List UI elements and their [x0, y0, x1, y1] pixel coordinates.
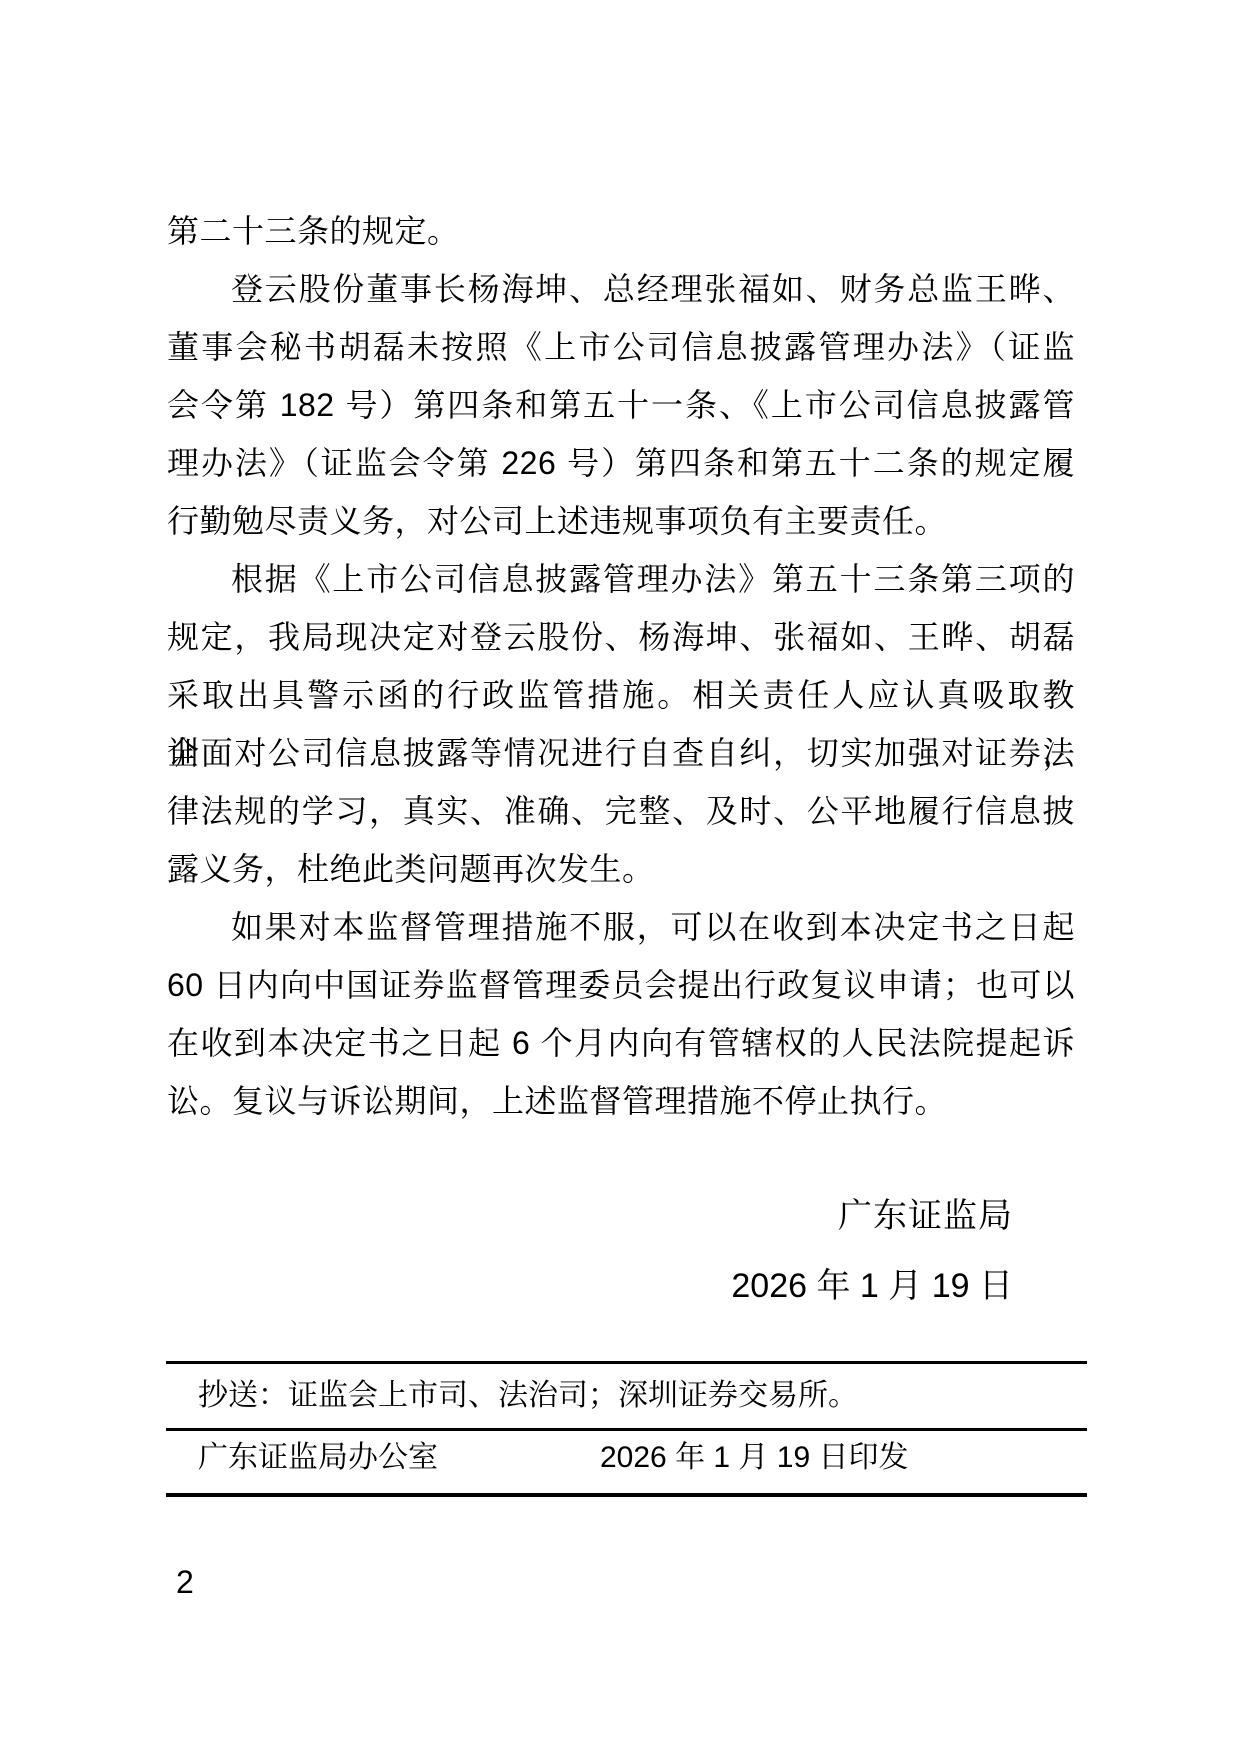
document-body: 第二十三条的规定。 登云股份董事长杨海坤、总经理张福如、财务总监王晔、 董事会秘…	[167, 202, 1075, 1130]
signature-date: 2026 年 1 月 19 日	[731, 1266, 1013, 1307]
body-line: 登云股份董事长杨海坤、总经理张福如、财务总监王晔、	[167, 260, 1075, 318]
body-line: 会令第 182 号）第四条和第五十一条、《上市公司信息披露管	[167, 376, 1075, 434]
body-line: 讼。复议与诉讼期间，上述监督管理措施不停止执行。	[167, 1072, 1075, 1130]
body-line: 全面对公司信息披露等情况进行自查自纠，切实加强对证券法	[167, 724, 1075, 782]
footer-separator-top	[166, 1361, 1087, 1364]
page-number: 2	[176, 1563, 194, 1601]
body-line: 采取出具警示函的行政监管措施。相关责任人应认真吸取教训，	[167, 666, 1075, 724]
body-line: 如果对本监督管理措施不服，可以在收到本决定书之日起	[167, 898, 1075, 956]
body-line: 规定，我局现决定对登云股份、杨海坤、张福如、王晔、胡磊	[167, 608, 1075, 666]
issuing-office: 广东证监局办公室	[198, 1440, 438, 1476]
body-line: 在收到本决定书之日起 6 个月内向有管辖权的人民法院提起诉	[167, 1014, 1075, 1072]
body-line: 理办法》（证监会令第 226 号）第四条和第五十二条的规定履	[167, 434, 1075, 492]
body-line: 行勤勉尽责义务，对公司上述违规事项负有主要责任。	[167, 492, 1075, 550]
body-line: 董事会秘书胡磊未按照《上市公司信息披露管理办法》（证监	[167, 318, 1075, 376]
footer-separator-bottom	[166, 1493, 1087, 1497]
cc-line: 抄送：证监会上市司、法治司；深圳证券交易所。	[198, 1378, 858, 1414]
body-line: 根据《上市公司信息披露管理办法》第五十三条第三项的	[167, 550, 1075, 608]
issue-date: 2026 年 1 月 19 日印发	[600, 1440, 908, 1476]
body-line: 律法规的学习，真实、准确、完整、及时、公平地履行信息披	[167, 782, 1075, 840]
signature-agency: 广东证监局	[838, 1196, 1013, 1237]
body-line: 60 日内向中国证券监督管理委员会提出行政复议申请；也可以	[167, 956, 1075, 1014]
footer-separator-middle	[166, 1428, 1087, 1431]
document-page: 第二十三条的规定。 登云股份董事长杨海坤、总经理张福如、财务总监王晔、 董事会秘…	[0, 0, 1241, 1754]
body-line: 第二十三条的规定。	[167, 202, 1075, 260]
body-line: 露义务，杜绝此类问题再次发生。	[167, 840, 1075, 898]
